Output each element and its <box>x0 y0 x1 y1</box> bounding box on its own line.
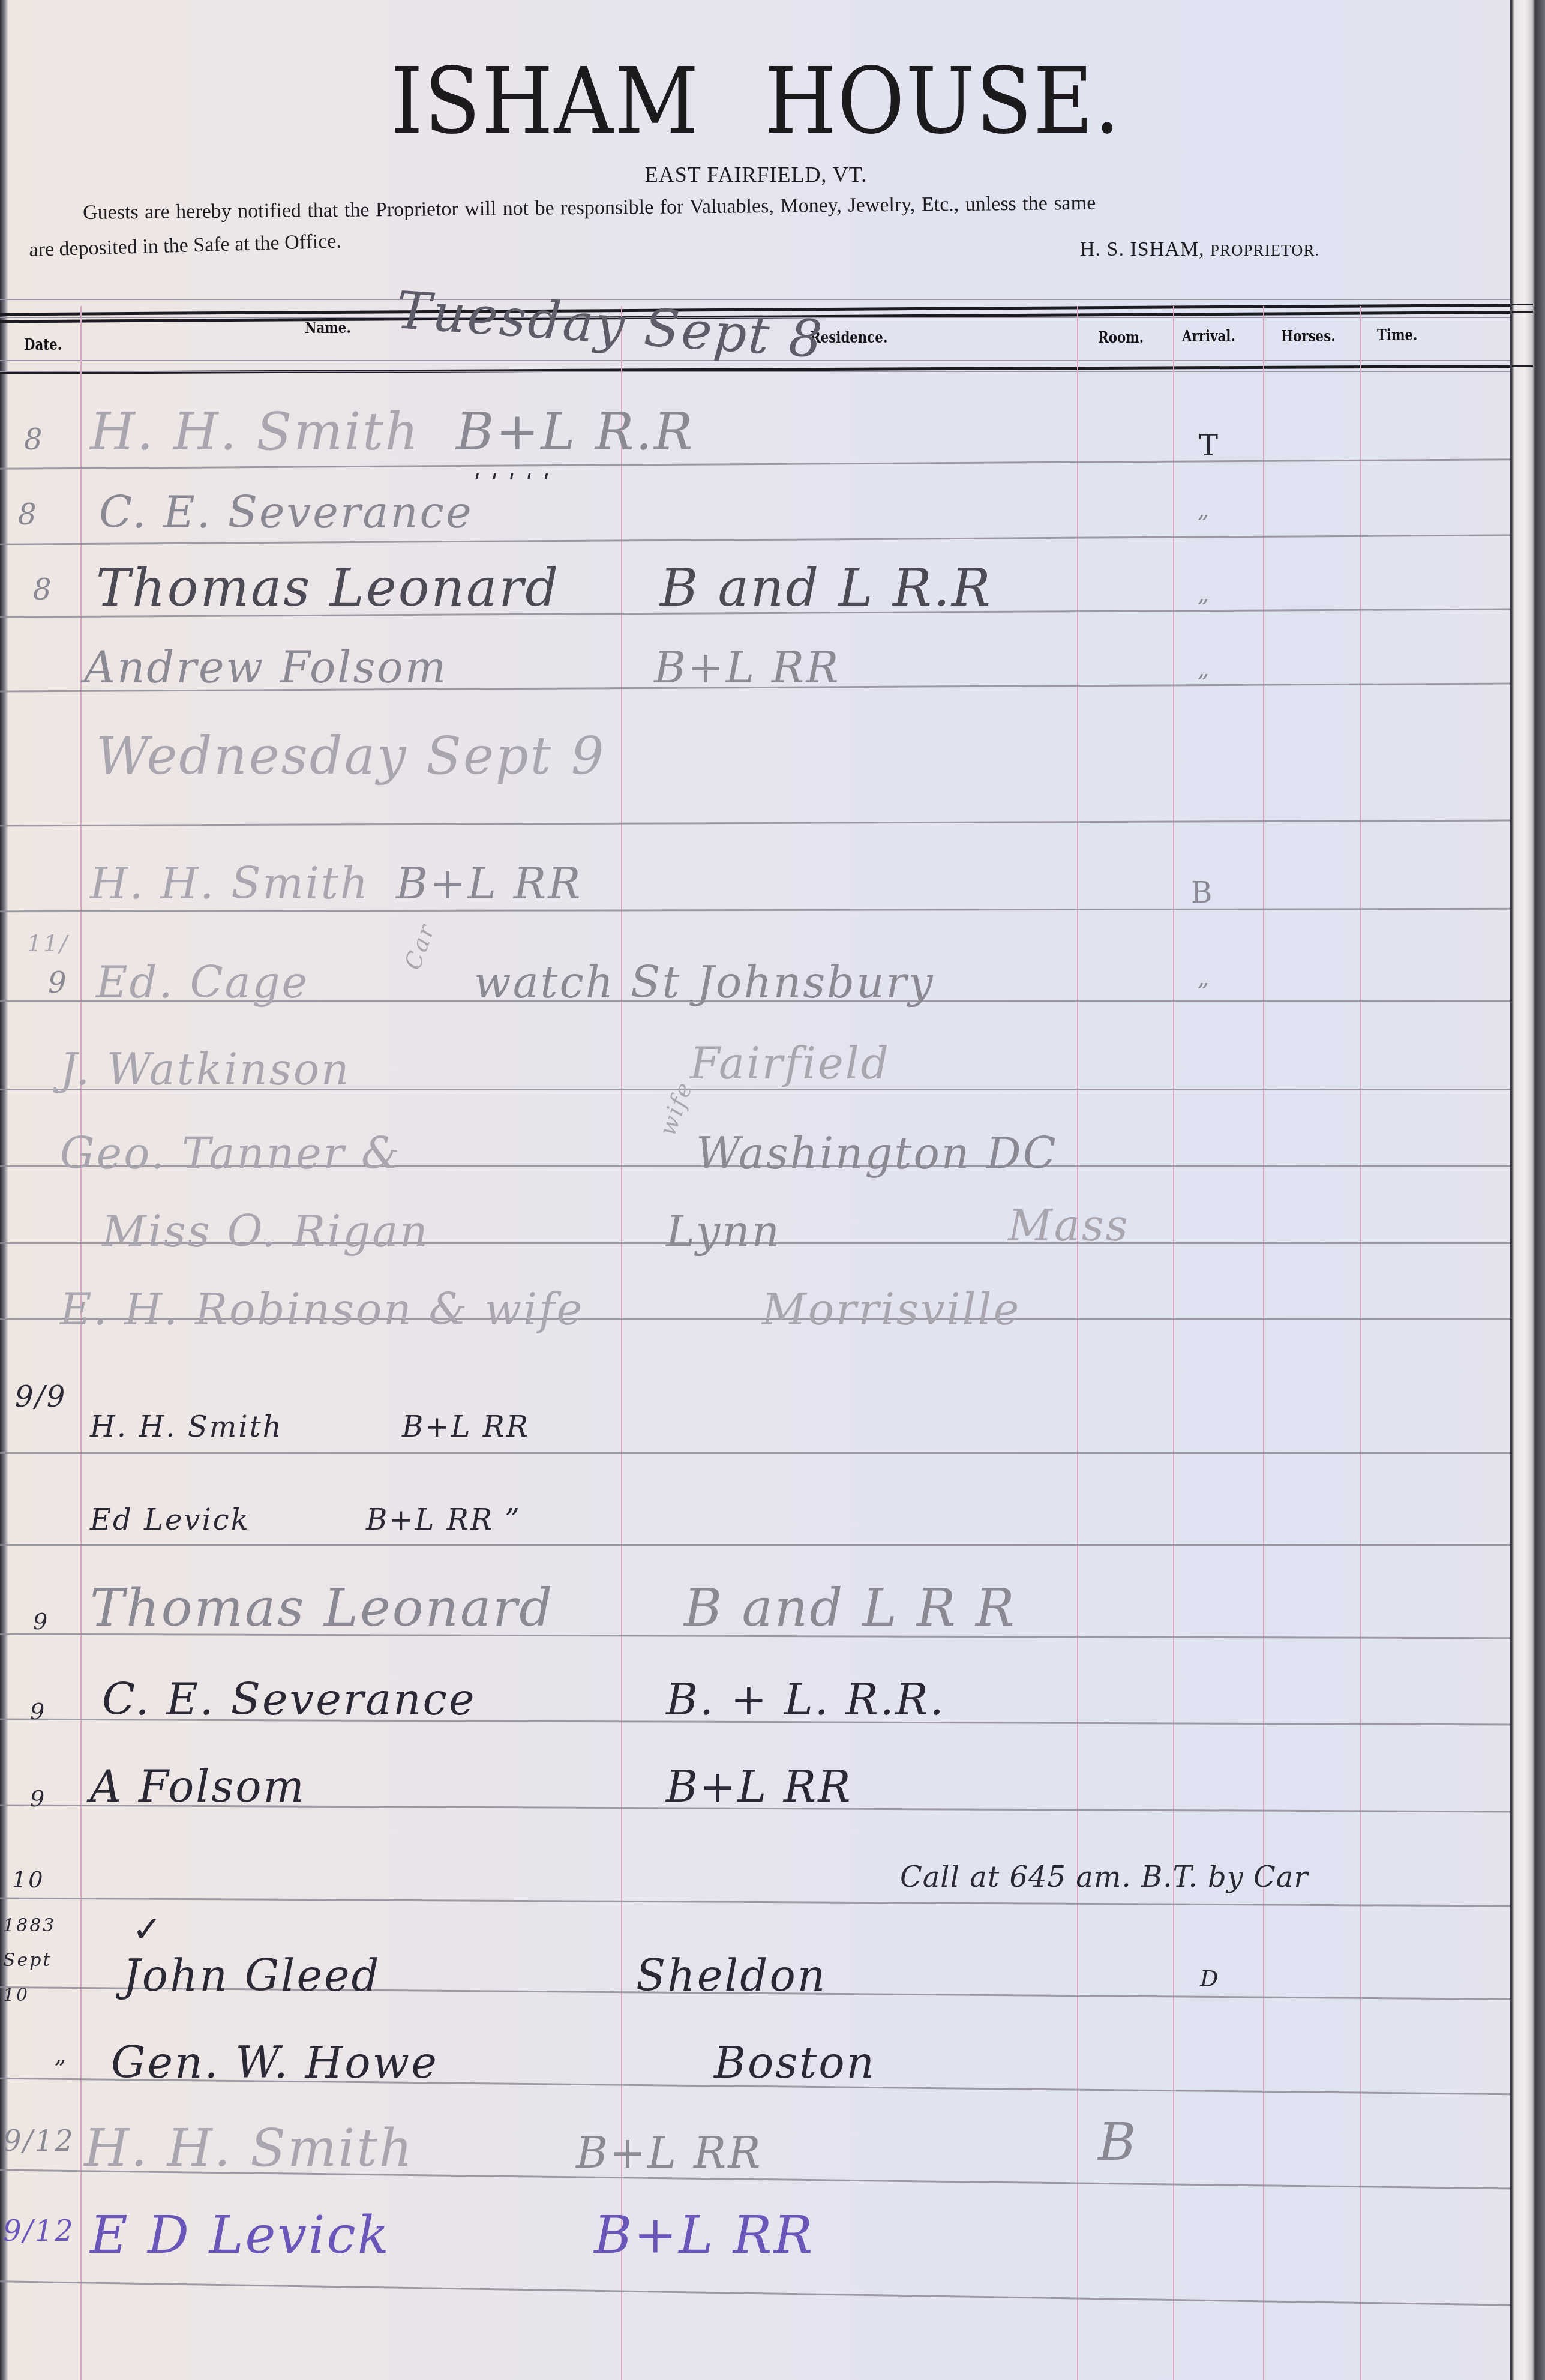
entry-residence: Morrisville <box>762 1284 1021 1335</box>
entry-arrival: B <box>1191 876 1214 910</box>
wake-up-call-note: Call at 645 am. B.T. by Car <box>900 1860 1308 1894</box>
proprietor-title: PROPRIETOR. <box>1210 241 1319 259</box>
column-header-room: Room. <box>1098 329 1144 347</box>
entry-residence: Boston <box>714 2037 876 2088</box>
entry-name: C. E. Severance <box>102 1674 476 1725</box>
entry-residence: B and L R.R <box>660 558 992 618</box>
column-rule-horses <box>1360 306 1361 2380</box>
entry-residence: watch St Johnsbury <box>474 957 935 1008</box>
entry-date: ” <box>54 2055 67 2082</box>
column-rule-residence <box>1077 306 1078 2380</box>
entry-arrival: ” <box>1197 594 1210 621</box>
column-header-date: Date. <box>24 336 62 354</box>
entry-date: 8 <box>33 573 53 607</box>
entry-name: Ed Levick <box>90 1503 250 1537</box>
entry-residence: B+L RR <box>666 1761 852 1812</box>
entry-residence: B and L R R <box>684 1578 1016 1638</box>
entry-residence-ditto: ˌ ˌ ˌ ˌ ˌ <box>474 456 551 482</box>
proprietor-signature: H. S. ISHAM, PROPRIETOR. <box>1080 238 1319 261</box>
row-rule <box>0 1544 1512 1546</box>
entry-name: A Folsom <box>90 1761 306 1812</box>
entry-residence: Fairfield <box>690 1038 890 1089</box>
entry-room: B <box>1098 2112 1138 2172</box>
entry-name-note: wife <box>654 1078 698 1140</box>
entry-date: 9/9 <box>15 1380 67 1414</box>
binding-rule <box>1512 365 1533 367</box>
entry-arrival: D <box>1200 1965 1220 1992</box>
row-rule <box>0 820 1512 827</box>
day-heading-wednesday: Wednesday Sept 9 <box>96 726 605 786</box>
entry-name: J. Watkinson <box>60 1044 350 1095</box>
entry-name: Ed. Cage <box>96 957 309 1008</box>
column-rule-name <box>621 306 622 2380</box>
entry-name: Miss O. Rigan <box>102 1206 430 1257</box>
entry-date-note: 11/ <box>27 930 69 957</box>
entry-date: 8 <box>24 423 44 457</box>
entry-date: 10 <box>12 1866 44 1893</box>
entry-residence: Lynn <box>666 1206 781 1257</box>
entry-arrival: ” <box>1197 669 1210 696</box>
entry-name: Thomas Leonard <box>96 558 560 618</box>
column-rule-arrival <box>1263 306 1264 2380</box>
column-header-time: Time. <box>1377 326 1418 344</box>
entry-residence: B. + L. R.R. <box>666 1674 946 1725</box>
binding-rule <box>1512 311 1533 313</box>
entry-name: C. E. Severance <box>99 487 473 538</box>
row-rule <box>0 1897 1512 1907</box>
entry-name: Andrew Folsom <box>84 642 448 693</box>
entry-residence: Sheldon <box>636 1950 827 2001</box>
column-header-horses: Horses. <box>1281 328 1336 346</box>
notice-line-2: are deposited in the Safe at the Office. <box>29 230 341 262</box>
entry-residence: B+L RR <box>654 642 840 693</box>
page-left-edge <box>0 0 8 2380</box>
entry-arrival: T <box>1199 429 1220 463</box>
hotel-title: ISHAM HOUSE. <box>76 48 1436 154</box>
header-rule-bottom-thick <box>0 365 1512 374</box>
entry-residence: B+L RR <box>396 858 582 909</box>
entry-date: 9 <box>33 1608 49 1635</box>
entry-date: 9/12 <box>3 2124 75 2158</box>
hotel-location: EAST FAIRFIELD, VT. <box>0 162 1512 187</box>
header-rule-top-thin <box>0 299 1512 300</box>
entry-residence: Washington DC <box>696 1128 1058 1179</box>
entry-residence: B+L RR ” <box>366 1503 521 1537</box>
entry-name: E. H. Robinson & wife <box>60 1284 584 1335</box>
entry-residence: B+L RR <box>402 1410 530 1444</box>
entry-date: 8 <box>18 498 38 532</box>
entry-date: 9 <box>30 1698 46 1725</box>
register-page: ISHAM HOUSE. EAST FAIRFIELD, VT. Guests … <box>0 0 1545 2380</box>
entry-arrival: ” <box>1197 978 1210 1005</box>
column-header-arrival: Arrival. <box>1182 328 1235 346</box>
day-heading-tuesday: Tuesday Sept 8 <box>394 280 826 370</box>
entry-name: Geo. Tanner & <box>60 1128 401 1179</box>
entry-name: Gen. W. Howe <box>111 2037 439 2088</box>
entry-name: Thomas Leonard <box>90 1578 554 1638</box>
entry-name: H. H. Smith <box>90 402 420 462</box>
entry-residence: B+L RR <box>576 2127 762 2178</box>
entry-date: 9/12 <box>3 2214 75 2248</box>
proprietor-name: H. S. ISHAM, <box>1080 238 1205 260</box>
column-rule-room <box>1173 306 1174 2380</box>
entry-residence-state: Mass <box>1008 1200 1130 1251</box>
checkmark-icon: ✓ <box>132 1908 164 1950</box>
entry-arrival: ” <box>1197 510 1210 536</box>
binding-rule <box>1512 304 1533 305</box>
entry-name: H. H. Smith <box>90 858 370 909</box>
header-rule-bottom-thin-2 <box>0 371 1512 372</box>
notice-line-1: Guests are hereby notified that the Prop… <box>83 188 1481 224</box>
column-header-name: Name. <box>305 319 351 337</box>
entry-date: 1883 Sept 10 <box>3 1908 69 2013</box>
row-rule <box>0 2280 1512 2306</box>
entry-residence: B+L R.R <box>456 402 695 462</box>
book-binding <box>1512 0 1545 2380</box>
entry-name: John Gleed <box>123 1950 381 2001</box>
row-rule <box>0 1452 1512 1454</box>
entry-date: 9 <box>30 1785 46 1812</box>
entry-residence: B+L RR <box>594 2205 814 2265</box>
entry-name: E D Levick <box>90 2205 391 2265</box>
entry-name: H. H. Smith <box>84 2118 414 2178</box>
entry-date: 9 <box>48 966 68 1000</box>
entry-name-note: Car <box>399 919 440 973</box>
entry-name: H. H. Smith <box>90 1410 283 1444</box>
